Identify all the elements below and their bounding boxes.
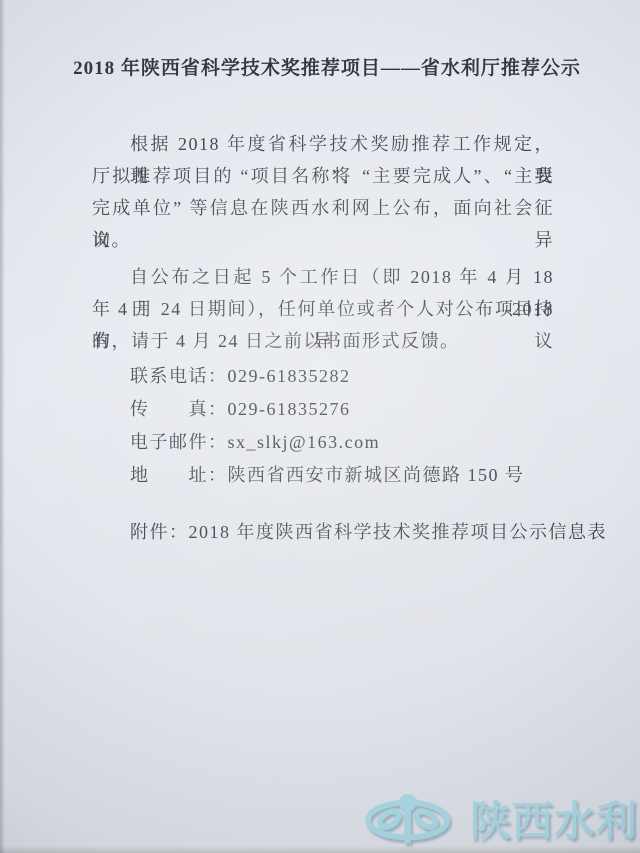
paragraph-intro: 根据 2018 年度省科学技术奖励推荐工作规定，现将我 厅拟推荐项目的 “项目名… <box>92 128 554 256</box>
text-line: 完成单位” 等信息在陕西水利网上公布，面向社会征询异 <box>92 192 554 224</box>
text-line: 自公布之日起 5 个工作日（即 2018 年 4 月 18 日-2018 <box>92 261 554 293</box>
text-line: 根据 2018 年度省科学技术奖励推荐工作规定，现将我 <box>92 128 554 160</box>
paragraph-objection-period: 自公布之日起 5 个工作日（即 2018 年 4 月 18 日-2018 年 4… <box>92 261 554 357</box>
water-emblem-icon <box>364 793 457 849</box>
contact-fax: 传 真：029-61835276 <box>92 393 554 426</box>
text-line: 年 4 月 24 日期间），任何单位或者个人对公布项目持有异议 <box>92 293 554 325</box>
attachment-line: 附件：2018 年度陕西省科学技术奖推荐项目公示信息表 <box>92 516 554 548</box>
contact-phone: 联系电话：029-61835282 <box>92 360 554 393</box>
contact-email: 电子邮件：sx_slkj@163.com <box>92 426 554 459</box>
contact-info-block: 联系电话：029-61835282 传 真：029-61835276 电子邮件：… <box>92 360 554 492</box>
document-title: 2018 年陕西省科学技术奖推荐项目——省水利厅推荐公示 <box>7 54 640 84</box>
logo-text: 陕西水利 <box>470 793 638 849</box>
attachment-note: 附件：2018 年度陕西省科学技术奖推荐项目公示信息表 <box>92 516 554 548</box>
contact-address: 地 址：陕西省西安市新城区尚德路 150 号 <box>92 459 554 492</box>
document-body: 根据 2018 年度省科学技术奖励推荐工作规定，现将我 厅拟推荐项目的 “项目名… <box>92 128 554 548</box>
shaanxi-water-watermark: 陕西水利 <box>364 793 638 849</box>
scanned-document-page: 2018 年陕西省科学技术奖推荐项目——省水利厅推荐公示 根据 2018 年度省… <box>0 0 640 853</box>
text-line: 厅拟推荐项目的 “项目名称”、“主要完成人”、“主要 <box>92 160 554 192</box>
